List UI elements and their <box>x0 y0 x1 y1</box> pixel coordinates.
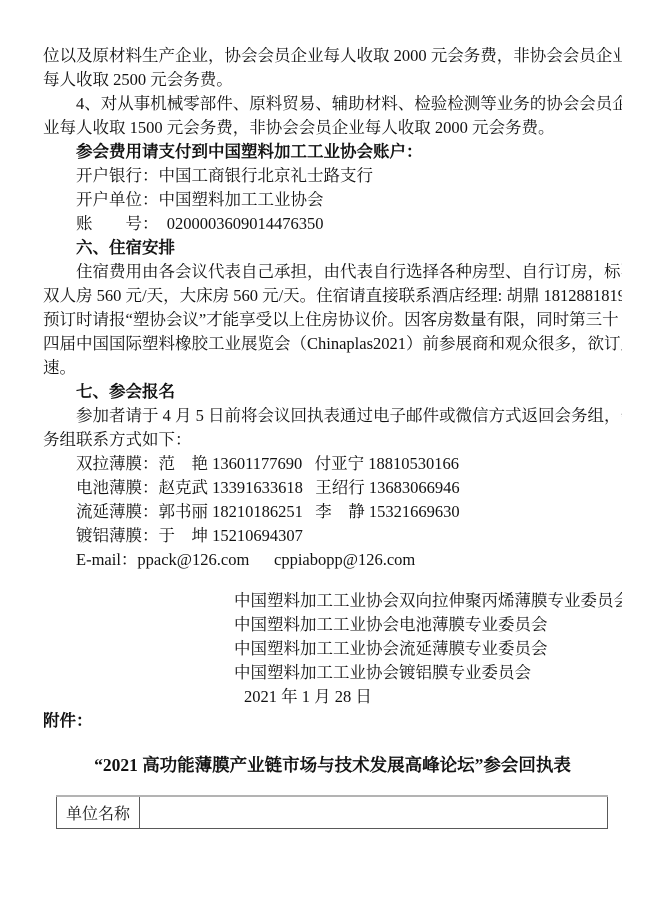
company-name-cell[interactable] <box>140 796 608 829</box>
company-name-label: 单位名称 <box>57 796 140 829</box>
lodging-line-1: 住宿费用由各会议代表自己承担，由代表自行选择各种房型、自行订房，标准 <box>43 260 622 284</box>
fee-text-line-2: 每人收取 2500 元会务费。 <box>43 68 622 92</box>
lodging-line-4: 四届中国国际塑料橡胶工业展览会（Chinaplas2021）前参展商和观众很多，… <box>43 332 622 356</box>
contact-line-battery-film: 电池薄膜：赵克武 13391633618 王绍行 13683066946 <box>43 476 622 500</box>
contact-line-cast-film: 流延薄膜：郭书丽 18210186251 李 静 15321669630 <box>43 500 622 524</box>
contact-line-email: E-mail：ppack@126.com cppiabopp@126.com <box>43 548 622 572</box>
attachment-label: 附件： <box>43 709 622 733</box>
registration-section-heading: 七、参会报名 <box>43 380 622 404</box>
signature-line-4: 中国塑料加工工业协会镀铝膜专业委员会 <box>234 661 622 685</box>
bank-line: 开户银行：中国工商银行北京礼士路支行 <box>43 164 622 188</box>
reply-form-table: 单位名称 <box>56 795 608 829</box>
contact-line-bopp-film: 双拉薄膜：范 艳 13601177690 付亚宁 18810530166 <box>43 452 622 476</box>
lodging-line-5: 速。 <box>43 356 622 380</box>
signature-line-3: 中国塑料加工工业协会流延薄膜专业委员会 <box>234 637 622 661</box>
signature-line-1: 中国塑料加工工业协会双向拉伸聚丙烯薄膜专业委员会 <box>234 589 622 613</box>
signature-line-2: 中国塑料加工工业协会电池薄膜专业委员会 <box>234 613 622 637</box>
signature-block: 中国塑料加工工业协会双向拉伸聚丙烯薄膜专业委员会 中国塑料加工工业协会电池薄膜专… <box>43 589 622 709</box>
payment-account-heading: 参会费用请支付到中国塑料加工工业协会账户： <box>43 140 622 164</box>
registration-line-2: 务组联系方式如下： <box>43 428 622 452</box>
date-line: 2021 年 1 月 28 日 <box>244 685 622 709</box>
lodging-section-heading: 六、住宿安排 <box>43 236 622 260</box>
table-row: 单位名称 <box>57 796 608 829</box>
reply-form-title: “2021 高功能薄膜产业链市场与技术发展高峰论坛”参会回执表 <box>43 753 622 777</box>
lodging-line-3: 预订时请报“塑协会议”才能享受以上住房协议价。因客房数量有限，同时第三十 <box>43 308 622 332</box>
account-holder-line: 开户单位：中国塑料加工工业协会 <box>43 188 622 212</box>
document-page: 位以及原材料生产企业，协会会员企业每人收取 2000 元会务费，非协会会员企业 … <box>0 0 666 829</box>
account-number-line: 账 号： 0200003609014476350 <box>43 212 622 236</box>
lodging-line-2: 双人房 560 元/天，大床房 560 元/天。住宿请直接联系酒店经理: 胡鼎 … <box>43 284 622 308</box>
fee-text-line-3: 4、对从事机械零部件、原料贸易、辅助材料、检验检测等业务的协会会员企 <box>43 92 622 116</box>
registration-line-1: 参加者请于 4 月 5 日前将会议回执表通过电子邮件或微信方式返回会务组，会 <box>43 404 622 428</box>
fee-text-line-4: 业每人收取 1500 元会务费，非协会会员企业每人收取 2000 元会务费。 <box>43 116 622 140</box>
contact-line-metallized-film: 镀铝薄膜：于 坤 15210694307 <box>43 524 622 548</box>
fee-text-line-1: 位以及原材料生产企业，协会会员企业每人收取 2000 元会务费，非协会会员企业 <box>43 44 622 68</box>
